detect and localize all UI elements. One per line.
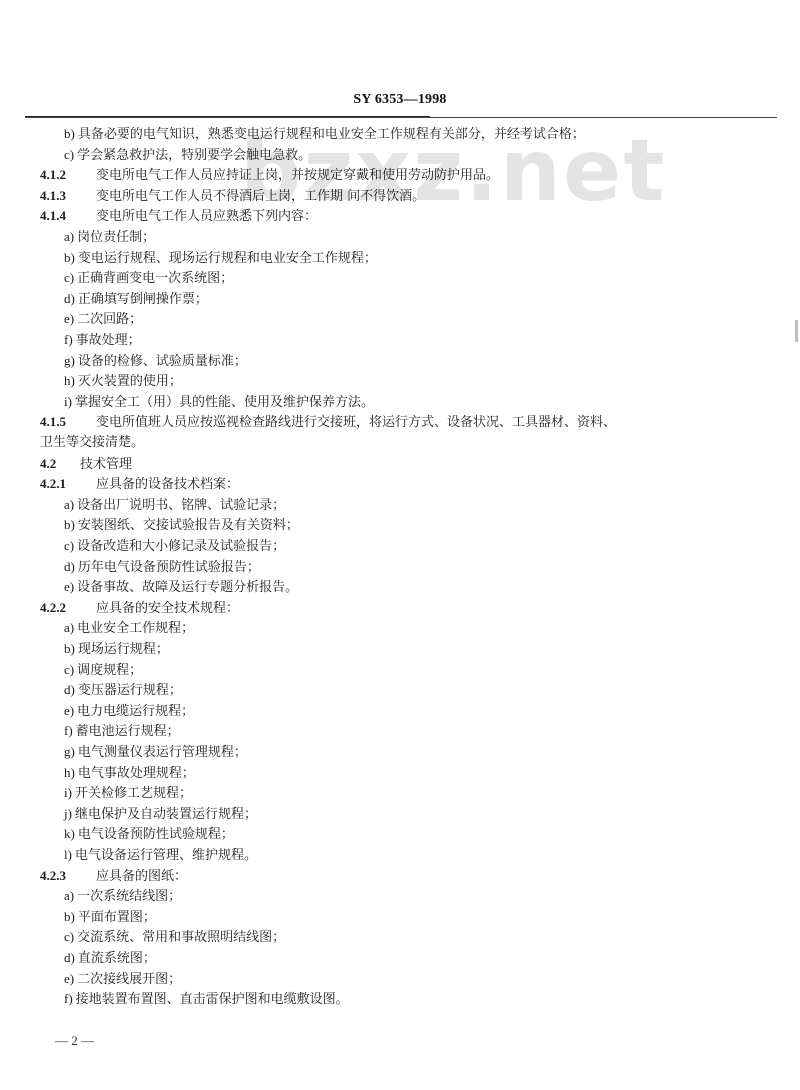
item-text: 学会紧急救护法，特别要学会触电急救。 — [77, 148, 311, 163]
item-text: 变压器运行规程； — [78, 683, 182, 698]
item-label: f) — [64, 723, 73, 738]
clause: 4.1.4变电所电气工作人员应熟悉下列内容： — [40, 206, 317, 227]
item-text: 接地装置布置图、直击雷保护图和电缆敷设图。 — [76, 992, 349, 1007]
item-text: 设备改造和大小修记录及试验报告； — [77, 539, 285, 554]
item-label: i) — [64, 785, 72, 800]
item-text: 继电保护及自动装置运行规程； — [75, 807, 257, 822]
item-text: 电业安全工作规程； — [77, 621, 194, 636]
list-item: e)二次接线展开图； — [64, 969, 181, 990]
list-item: d)历年电气设备预防性试验报告； — [64, 557, 260, 578]
item-text: 变电运行规程、现场运行规程和电业安全工作规程； — [78, 251, 377, 266]
item-label: d) — [64, 291, 75, 306]
item-label: b) — [64, 126, 75, 141]
item-text: 蓄电池运行规程； — [76, 724, 180, 739]
clause: 4.1.2变电所电气工作人员应持证上岗，并按规定穿戴和使用劳动防护用品。 — [40, 165, 499, 186]
clause-number: 4.2.1 — [40, 474, 86, 494]
item-text: 电气设备预防性试验规程； — [78, 827, 234, 842]
list-item: j)继电保护及自动装置运行规程； — [64, 804, 257, 825]
item-text: 二次回路； — [77, 312, 142, 327]
item-text: 设备事故、故障及运行专题分析报告。 — [77, 580, 298, 595]
list-item: d)正确填写倒闸操作票； — [64, 289, 208, 310]
item-label: k) — [64, 826, 75, 841]
list-item: f)蓄电池运行规程； — [64, 721, 180, 742]
item-label: d) — [64, 682, 75, 697]
document-page: bzxz.net SY 6353—1998 b)具备必要的电气知识，熟悉变电运行… — [0, 0, 800, 1090]
item-text: 电气设备运行管理、维护规程。 — [75, 848, 257, 863]
scan-edge-mark — [795, 320, 798, 342]
item-label: c) — [64, 662, 74, 677]
item-label: g) — [64, 744, 75, 759]
item-text: 掌握安全工（用）具的性能、使用及维护保养方法。 — [75, 395, 374, 410]
item-label: a) — [64, 888, 74, 903]
item-label: a) — [64, 229, 74, 244]
clause-number: 4.1.5 — [40, 412, 86, 432]
list-item: i)开关检修工艺规程； — [64, 783, 192, 804]
item-label: c) — [64, 270, 74, 285]
item-label: l) — [64, 847, 72, 862]
item-label: j) — [64, 806, 72, 821]
list-item: c)学会紧急救护法，特别要学会触电急救。 — [64, 145, 311, 166]
list-item: a)岗位责任制； — [64, 227, 155, 248]
item-label: c) — [64, 538, 74, 553]
item-label: e) — [64, 971, 74, 986]
clause-text: 应具备的图纸： — [96, 869, 187, 884]
page-number: — 2 — — [55, 1033, 94, 1049]
item-text: 现场运行规程； — [78, 642, 169, 657]
continuation-text: 卫生等交接清楚。 — [40, 433, 144, 453]
item-text: 交流系统、常用和事故照明结线图； — [77, 930, 285, 945]
list-item: h)灭火装置的使用； — [64, 371, 182, 392]
item-text: 一次系统结线图； — [77, 889, 181, 904]
list-item: c)调度规程； — [64, 660, 142, 681]
clause-number: 4.1.4 — [40, 206, 86, 226]
clause-number: 4.2.2 — [40, 598, 86, 618]
list-item: c)设备改造和大小修记录及试验报告； — [64, 536, 285, 557]
list-item: c)交流系统、常用和事故照明结线图； — [64, 927, 285, 948]
item-text: 电力电缆运行规程； — [77, 704, 194, 719]
clause-text: 应具备的安全技术规程： — [96, 601, 239, 616]
item-text: 二次接线展开图； — [77, 972, 181, 987]
list-item: h)电气事故处理规程； — [64, 763, 195, 784]
item-label: f) — [64, 991, 73, 1006]
standard-code-header: SY 6353—1998 — [0, 92, 800, 108]
clause: 4.2.1应具备的设备技术档案： — [40, 474, 239, 495]
item-label: d) — [64, 559, 75, 574]
clause: 4.2.2应具备的安全技术规程： — [40, 598, 239, 619]
list-item: i)掌握安全工（用）具的性能、使用及维护保养方法。 — [64, 392, 374, 413]
section-heading: 4.2技术管理 — [40, 454, 132, 475]
clause-text: 变电所电气工作人员不得酒后上岗，工作期 间不得饮酒。 — [96, 189, 425, 204]
list-item: b)安装图纸、交接试验报告及有关资料； — [64, 515, 299, 536]
item-label: h) — [64, 765, 75, 780]
clause: 4.1.5变电所值班人员应按巡视检查路线进行交接班，将运行方式、设备状况、工具器… — [40, 412, 616, 433]
item-label: b) — [64, 517, 75, 532]
item-label: e) — [64, 579, 74, 594]
clause-text: 变电所值班人员应按巡视检查路线进行交接班，将运行方式、设备状况、工具器材、资料、 — [96, 415, 616, 430]
item-text: 灭火装置的使用； — [78, 374, 182, 389]
item-label: a) — [64, 497, 74, 512]
item-label: f) — [64, 332, 73, 347]
item-text: 开关检修工艺规程； — [75, 786, 192, 801]
item-label: g) — [64, 353, 75, 368]
list-item: c)正确背画变电一次系统图； — [64, 268, 233, 289]
item-text: 设备出厂说明书、铭牌、试验记录； — [77, 498, 285, 513]
list-item: d)变压器运行规程； — [64, 680, 182, 701]
item-text: 正确填写倒闸操作票； — [78, 292, 208, 307]
item-label: e) — [64, 703, 74, 718]
list-item: g)设备的检修、试验质量标准； — [64, 351, 247, 372]
clause-text: 变电所电气工作人员应熟悉下列内容： — [96, 209, 317, 224]
item-text: 事故处理； — [76, 333, 141, 348]
list-item: e)电力电缆运行规程； — [64, 701, 194, 722]
clause-number: 4.1.2 — [40, 165, 86, 185]
item-text: 电气事故处理规程； — [78, 766, 195, 781]
item-label: c) — [64, 147, 74, 162]
list-item: e)设备事故、故障及运行专题分析报告。 — [64, 577, 298, 598]
item-text: 设备的检修、试验质量标准； — [78, 354, 247, 369]
list-item: a)设备出厂说明书、铭牌、试验记录； — [64, 495, 285, 516]
item-label: c) — [64, 929, 74, 944]
item-label: b) — [64, 250, 75, 265]
item-label: b) — [64, 641, 75, 656]
list-item: f)接地装置布置图、直击雷保护图和电缆敷设图。 — [64, 989, 349, 1010]
clause-number: 4.2 — [40, 454, 70, 474]
item-label: e) — [64, 311, 74, 326]
item-text: 平面布置图； — [78, 910, 156, 925]
list-item: b)平面布置图； — [64, 907, 156, 928]
list-item: a)电业安全工作规程； — [64, 618, 194, 639]
list-item: b)现场运行规程； — [64, 639, 169, 660]
item-label: a) — [64, 620, 74, 635]
item-text: 岗位责任制； — [77, 230, 155, 245]
list-item: e)二次回路； — [64, 309, 142, 330]
list-item: g)电气测量仪表运行管理规程； — [64, 742, 247, 763]
item-text: 调度规程； — [77, 663, 142, 678]
item-label: i) — [64, 394, 72, 409]
list-item: b)具备必要的电气知识，熟悉变电运行规程和电业安全工作规程有关部分，并经考试合格… — [64, 124, 585, 145]
header-rule — [25, 117, 777, 118]
list-item: l)电气设备运行管理、维护规程。 — [64, 845, 257, 866]
clause: 4.1.3变电所电气工作人员不得酒后上岗，工作期 间不得饮酒。 — [40, 186, 425, 207]
list-item: b)变电运行规程、现场运行规程和电业安全工作规程； — [64, 248, 377, 269]
clause-text: 技术管理 — [80, 457, 132, 472]
item-text: 历年电气设备预防性试验报告； — [78, 560, 260, 575]
item-text: 直流系统图； — [78, 951, 156, 966]
clause-text: 变电所电气工作人员应持证上岗，并按规定穿戴和使用劳动防护用品。 — [96, 168, 499, 183]
item-text: 具备必要的电气知识，熟悉变电运行规程和电业安全工作规程有关部分，并经考试合格； — [78, 127, 585, 142]
list-item: k)电气设备预防性试验规程； — [64, 824, 234, 845]
item-text: 电气测量仪表运行管理规程； — [78, 745, 247, 760]
item-label: d) — [64, 950, 75, 965]
clause: 4.2.3应具备的图纸： — [40, 866, 187, 887]
list-item: d)直流系统图； — [64, 948, 156, 969]
list-item: a)一次系统结线图； — [64, 886, 181, 907]
item-text: 正确背画变电一次系统图； — [77, 271, 233, 286]
list-item: f)事故处理； — [64, 330, 141, 351]
item-label: h) — [64, 373, 75, 388]
item-text: 安装图纸、交接试验报告及有关资料； — [78, 518, 299, 533]
clause-number: 4.2.3 — [40, 866, 86, 886]
clause-number: 4.1.3 — [40, 186, 86, 206]
clause-text: 应具备的设备技术档案： — [96, 477, 239, 492]
item-label: b) — [64, 909, 75, 924]
